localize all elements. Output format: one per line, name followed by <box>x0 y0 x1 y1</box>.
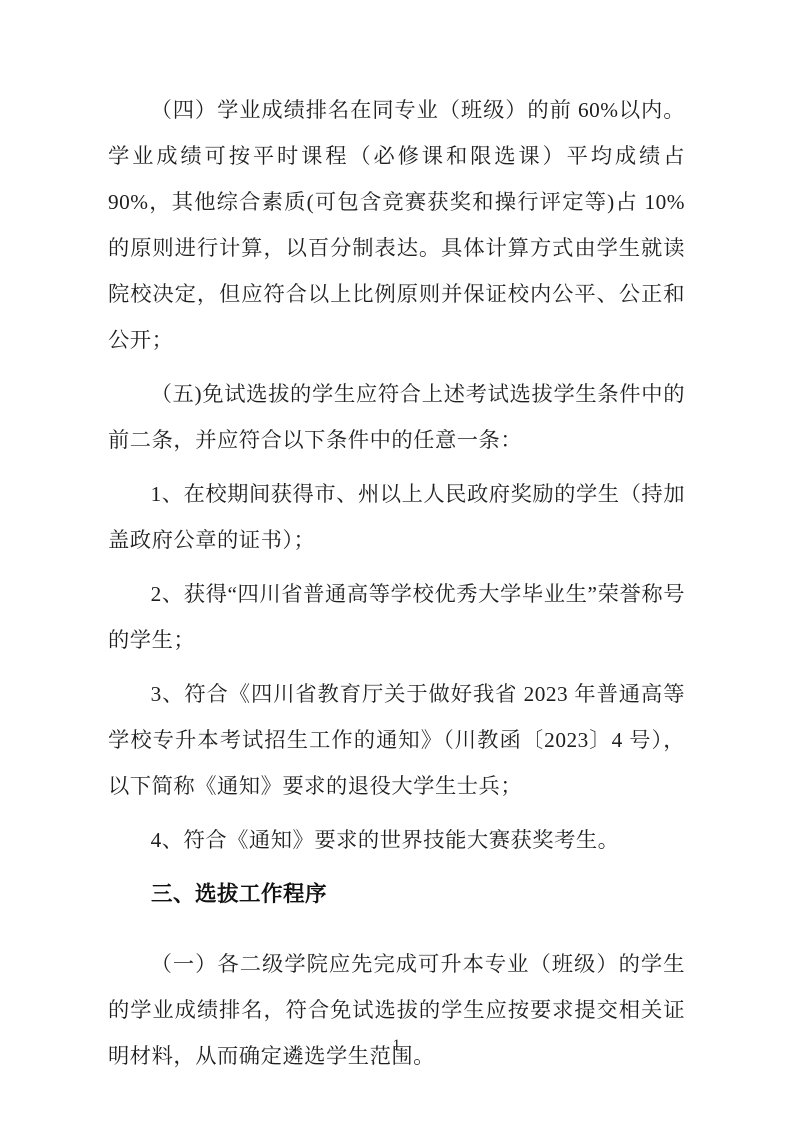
list-item-4: 4、符合《通知》要求的世界技能大赛获奖考生。 <box>108 817 685 863</box>
list-item-2: 2、获得“四川省普通高等学校优秀大学毕业生”荣誉称号的学生； <box>108 571 685 663</box>
paragraph-procedure-1: （一）各二级学院应先完成可升本专业（班级）的学生的学业成绩排名，符合免试选拔的学… <box>108 941 685 1079</box>
document-body: （四）学业成绩排名在同专业（班级）的前 60%以内。学业成绩可按平时课程（必修课… <box>108 87 685 1087</box>
paragraph-condition-5: （五)免试选拔的学生应符合上述考试选拔学生条件中的前二条，并应符合以下条件中的任… <box>108 371 685 463</box>
section-heading-selection-procedure: 三、选拔工作程序 <box>108 871 685 917</box>
list-item-3: 3、符合《四川省教育厅关于做好我省 2023 年普通高等学校专升本考试招生工作的… <box>108 671 685 809</box>
paragraph-condition-4: （四）学业成绩排名在同专业（班级）的前 60%以内。学业成绩可按平时课程（必修课… <box>108 87 685 363</box>
page-number: 1 <box>0 1036 793 1056</box>
document-page: （四）学业成绩排名在同专业（班级）的前 60%以内。学业成绩可按平时课程（必修课… <box>0 0 793 1122</box>
list-item-1: 1、在校期间获得市、州以上人民政府奖励的学生（持加盖政府公章的证书）； <box>108 471 685 563</box>
